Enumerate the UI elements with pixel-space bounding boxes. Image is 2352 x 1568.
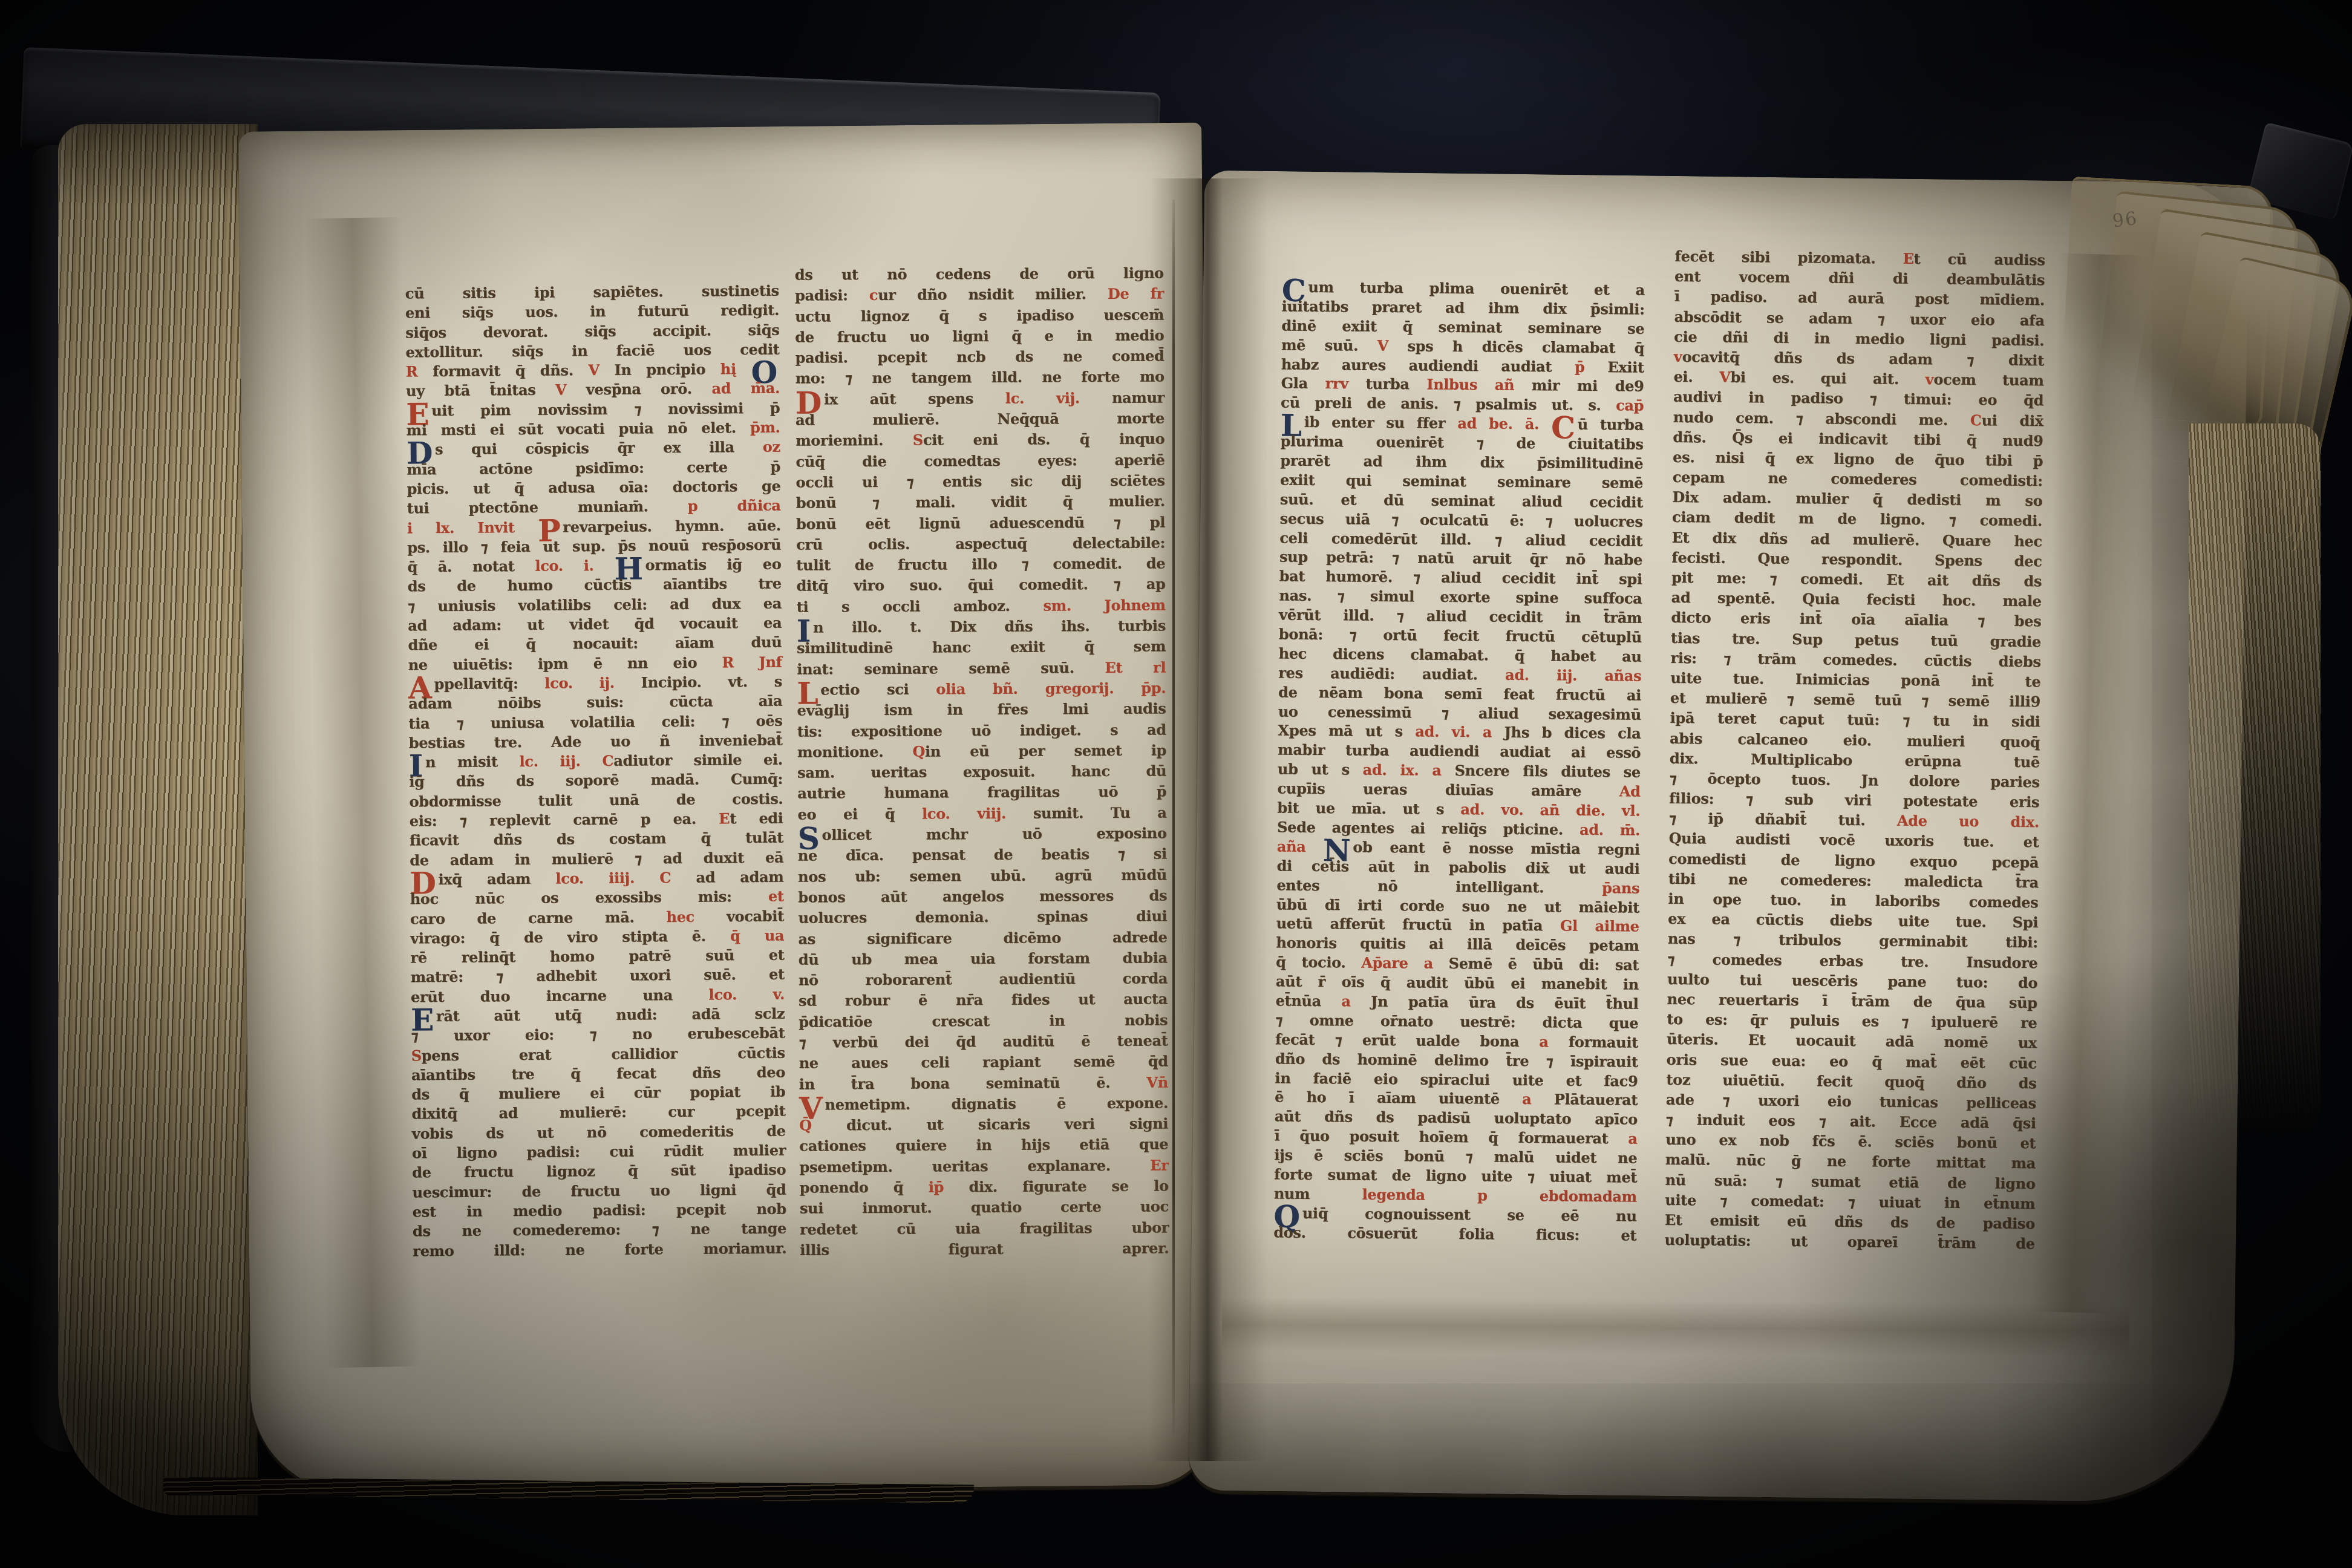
- text-segment: fecēt sibi pizomata.: [1674, 247, 1903, 267]
- text-segment: V: [1377, 336, 1407, 354]
- manuscript-text-line: cationes quiere in hijs etiā que: [799, 1135, 1168, 1158]
- manuscript-text-line: ds ne comederemo: ⁊ ne tange: [413, 1220, 786, 1242]
- text-segment: aña: [1277, 837, 1324, 855]
- text-segment: Ade uo dix.: [1897, 812, 2039, 831]
- text-segment: ne aues celi rapiant semē q̄d: [799, 1053, 1168, 1072]
- manuscript-text-line: ds de humo cūctis aīantibs tre: [407, 575, 781, 597]
- text-segment: lco. iiij. C: [555, 869, 671, 887]
- text-segment: habz aures audiendi audiat: [1281, 355, 1575, 375]
- manuscript-text-line: crū oclis. aspectuq̄ delectabile:: [796, 534, 1165, 556]
- manuscript-text-line: monitione. Qin eū per semet ip: [797, 741, 1166, 763]
- text-segment: vobis ds ut nō comederitis de: [412, 1122, 786, 1142]
- text-segment: ad adam: ut videt q̄d vocauit ea: [408, 614, 782, 635]
- manuscript-text-line: i lx. Invit Prevarpeius. hymn. aūe.: [407, 516, 781, 538]
- text-segment: ade ⁊ uxori eio tunicas pelliceas: [1666, 1091, 2036, 1112]
- text-segment: cit eni ds. q̄ inquo: [923, 430, 1165, 449]
- text-segment: dū ub mea uia forstam dubia: [799, 949, 1168, 968]
- text-segment: occli ui ⁊ entis sic dij sciētes: [795, 471, 1165, 491]
- manuscript-text-line: nō roborarent̄ audientiū corda: [799, 969, 1168, 991]
- manuscript-text-line: uo cenessimū ⁊ aliud sexagesimū: [1278, 702, 1641, 725]
- text-segment: et: [768, 887, 784, 905]
- manuscript-text-line: ūbū dī irti corde suo ne ut māiebit: [1276, 895, 1639, 918]
- text-segment: ad. vi. a: [1415, 723, 1504, 741]
- manuscript-text-line: Sollicet mchr uō exposino: [798, 824, 1167, 846]
- text-segment: abis calcaneo eio. mulieri quoq̄: [1670, 729, 2040, 750]
- text-segment: um turba plima ouenirēt et a: [1308, 278, 1645, 299]
- text-segment: virago: q̄ de viro stipta ē.: [410, 927, 730, 947]
- text-segment: est in medio padisi: pcepit nob: [413, 1200, 786, 1221]
- manuscript-text-line: adam nōibs suis: cūcta aīa: [408, 692, 782, 714]
- text-segment: E: [1903, 250, 1913, 267]
- text-segment: ficavit dñs ds costam q̄ tulāt: [410, 829, 783, 849]
- text-segment: hec: [666, 907, 694, 925]
- text-segment: p̄ans: [1602, 879, 1639, 897]
- text-segment: aūt dñs ds padisū uoluptato apīco: [1275, 1108, 1638, 1128]
- manuscript-text-line: hoc nūc os exossibs mis: et: [410, 887, 784, 910]
- text-segment: ds ut nō cedens de orū ligno: [795, 264, 1164, 283]
- text-segment: oz: [763, 438, 780, 456]
- text-segment: obdormisse tulit unā de costis.: [409, 789, 783, 810]
- manuscript-text-line: tis: expositione uō indiget. s ad: [797, 720, 1166, 743]
- text-segment: ijs ē sciēs bonū ⁊ malū uidet ne: [1274, 1146, 1637, 1166]
- text-segment: dicto eris int̄ oīa aīalia ⁊ bes: [1671, 609, 2041, 630]
- text-segment: tis: expositione uō indiget. s ad: [797, 720, 1166, 740]
- text-segment: sui inmorut. quatio certe uoc: [800, 1198, 1169, 1217]
- manuscript-text-line: cū sitis ipi sapiētes. sustinetis: [405, 282, 779, 304]
- manuscript-text-line: ne uiuētis: ipm ē nn eio R Jnf: [408, 653, 782, 675]
- manuscript-text-line: similitudinē hanc exiit q̄ sem: [797, 638, 1166, 660]
- manuscript-text-line: rē relinq̄t homo patrē suū et: [410, 946, 784, 969]
- manuscript-text-line: aūt dñs ds padisū uoluptato apīco: [1275, 1108, 1638, 1130]
- text-segment: q̄ ua: [730, 926, 784, 944]
- manuscript-text-line: autrie humana fragilitas uō p̄: [797, 783, 1166, 805]
- manuscript-text-line: honoris quitis ai illā deīcēs petam: [1276, 934, 1639, 956]
- text-segment: nec reuertaris ī t̄rām de q̄ua sūp: [1667, 990, 2037, 1011]
- text-segment: padisi:: [795, 286, 869, 304]
- manuscript-text-line: iḡ dñs ds soporē madā. Cumq̄:: [409, 770, 783, 792]
- manuscript-text-line: in faciē eio spiraclui uite et fac9: [1275, 1069, 1638, 1091]
- text-segment: plurima ouenirēt ⁊ de ciuitatibs: [1280, 433, 1643, 453]
- text-segment: similitudinē hanc exiit q̄ sem: [797, 638, 1166, 657]
- text-segment: oī ligno padisi: cui rūdit mulier: [412, 1142, 786, 1162]
- text-segment: toz uiuētiū. fecit quoq̄ dño ds: [1666, 1070, 2036, 1091]
- manuscript-text-line: q̄ ā. notat lco. i. Hormatis iḡ eo: [407, 555, 781, 578]
- text-segment: ciam dedit m de ligno. ⁊ comedi.: [1672, 508, 2042, 529]
- text-segment: mir mi de9: [1532, 376, 1644, 395]
- text-segment: lco. i.: [535, 557, 614, 575]
- text-segment: bonos aūt angelos messores ds: [798, 886, 1167, 906]
- manuscript-text-line: Erāt aūt utq̄ nudi: adā sclz: [411, 1005, 785, 1027]
- manuscript-text-line: redetet cū uia fragilitas ubor: [800, 1218, 1169, 1241]
- text-segment: E: [719, 809, 730, 827]
- text-segment: ūbū dī irti corde suo ne ut māiebit: [1276, 895, 1639, 916]
- manuscript-text-line: uescimur: de fructu uo ligni q̄d: [412, 1180, 786, 1203]
- text-segment: padisi. pcepit ncb ds ne comed̄: [795, 347, 1164, 367]
- text-segment: vocabit̄: [694, 907, 784, 925]
- text-segment: ⁊ verbū dei q̄d auditū ē teneat̄: [799, 1031, 1168, 1051]
- text-segment: ocem tuam: [1933, 370, 2043, 389]
- text-segment: as significare dicēmo adrede: [798, 928, 1167, 947]
- manuscript-text-line: Q̄ dicut. ut sicaris veri signi: [799, 1115, 1168, 1137]
- text-segment: ⁊ ip̄ dñabit̄ tui.: [1669, 809, 1897, 829]
- text-segment: n misit: [425, 753, 520, 771]
- manuscript-text-line: eis: ⁊ replevit carnē p ea. Et edi: [410, 809, 783, 832]
- text-segment: nū suā: ⁊ sumat etiā de ligno: [1665, 1171, 2035, 1192]
- text-segment: tibi ne comederes: maledicta t̄ra: [1668, 870, 2039, 891]
- manuscript-text-line: Cum turba plima ouenirēt et a: [1282, 278, 1645, 300]
- parchment-crease: [1222, 1298, 2130, 1358]
- manuscript-text-line: eo ei q̄ lco. viij. sumit. Tu a: [797, 803, 1166, 826]
- text-segment: rrv: [1325, 374, 1365, 393]
- text-segment: secus uiā ⁊ oculcatū ē: ⁊ uolucres: [1279, 509, 1642, 530]
- gutter-crease-line: [1172, 200, 1175, 1434]
- manuscript-text-line: uolucres demonia. spinas diui: [798, 907, 1167, 930]
- text-segment: abscōdit se adam ⁊ uxor eio afa: [1674, 307, 2044, 328]
- text-segment: namur: [1112, 388, 1165, 406]
- text-segment: ti s occli amboz.: [797, 596, 1044, 615]
- text-segment: t cū audiss: [1913, 250, 2045, 269]
- folio-number: 96: [2111, 208, 2139, 232]
- text-segment: formauit: [1569, 1033, 1638, 1051]
- text-segment: v: [1674, 348, 1682, 365]
- text-segment: ⁊ induit eos ⁊ ait. Ecce adā q̄si: [1665, 1111, 2036, 1132]
- manuscript-text-line: sam. ueritas exposuit. hanc dū: [797, 762, 1166, 785]
- text-segment: Et emisit eū dñs ds de padiso: [1665, 1211, 2035, 1232]
- text-segment: cepam ne comederes comedisti:: [1673, 468, 2043, 489]
- manuscript-text-line: padisi: cur dño nsidit milier. De fr: [795, 285, 1164, 307]
- text-segment: ppellavitq̄:: [434, 675, 544, 693]
- text-segment: S: [411, 1047, 422, 1064]
- text-segment: n illo. t. Dix dñs ihs. turbis: [813, 616, 1166, 636]
- text-segment: q̄ tocio.: [1276, 953, 1361, 972]
- text-segment: et̄nūa: [1275, 991, 1341, 1010]
- manuscript-text-line: aīantibs tre q̄ fecat dñs deo: [411, 1063, 785, 1085]
- manuscript-text-line: In illo. t. Dix dñs ihs. turbis: [797, 616, 1166, 639]
- text-segment: Semē ē ūbū di: sat: [1449, 955, 1639, 974]
- manuscript-text-line: ⁊ uniusis volatilibs celi: ad dux ea: [408, 594, 782, 616]
- text-segment: ollicet mchr uō exposino: [822, 824, 1166, 843]
- manuscript-text-line: tui ptectōne muniam̄. p dñica: [407, 497, 780, 519]
- text-segment: es. nisi q̄ ex ligno de q̄uo tibi p̄: [1673, 448, 2043, 469]
- text-segment: uno ex nob fc̄s ē. sciēs bonū et: [1665, 1131, 2036, 1152]
- text-segment: ectio sci: [820, 680, 936, 698]
- text-segment: vērūt illd. ⁊ aliud cecidit in t̄rām: [1279, 606, 1642, 627]
- text-segment: ob eant ē nosse mīstia regni: [1353, 838, 1640, 858]
- text-segment: dix. Multiplicabo erūpna tuē: [1670, 749, 2040, 770]
- manuscript-text-line: occli ui ⁊ entis sic dij sciētes: [795, 471, 1165, 494]
- text-segment: ponendo q̄: [800, 1178, 929, 1197]
- text-segment: ditq̄ viro suo. q̄ui comedit. ⁊ ap: [796, 575, 1165, 595]
- manuscript-text-line: uoluptatis: ut opareī t̄rām de: [1664, 1231, 2034, 1255]
- text-segment: a: [1539, 1033, 1569, 1050]
- text-segment: Xpes mā ut s: [1278, 722, 1415, 740]
- text-segment: uo cenessimū ⁊ aliud sexagesimū: [1278, 702, 1641, 723]
- text-segment: i lx. Invit: [407, 518, 538, 537]
- text-segment: ds q̄ muliere ei cūr popiat ib: [411, 1083, 785, 1103]
- text-segment: suū. et dū seminat aliud cecidit: [1280, 490, 1643, 511]
- manuscript-text-line: ditq̄ viro suo. q̄ui comedit. ⁊ ap: [796, 575, 1165, 598]
- text-segment: res audiēdi: audiat.: [1278, 664, 1505, 683]
- manuscript-text-line: mo: ⁊ ne tangem illd. ne forte mo: [795, 368, 1165, 390]
- text-segment: v: [1925, 370, 1933, 388]
- manuscript-text-line: siq̄os devorat. siq̄s accipit. siq̄s: [405, 321, 779, 343]
- text-segment: celi comedērūt illd. ⁊ aliud cecidit: [1279, 529, 1642, 549]
- text-segment: mabir turba audiendi audiat ai essō: [1278, 741, 1641, 762]
- text-segment: nemetipm. dignatis ē expone.: [825, 1094, 1168, 1113]
- text-segment: bestias tre. Ade uo ñ inveniebat̄: [409, 731, 783, 751]
- text-segment: eni siq̄s uos. in futurū redigit.: [405, 301, 779, 322]
- manuscript-text-line: cūq̄ die comedtas eyes: aperiē: [795, 451, 1165, 473]
- text-segment: in eū per semet ip: [925, 741, 1166, 760]
- manuscript-text-line: q̄ tocio. Ap̄are a Semē ē ūbū di: sat: [1276, 953, 1639, 976]
- gutter-shadow: [1149, 178, 1268, 1461]
- text-segment: R Jnf: [722, 653, 782, 671]
- text-segment: p̄dicatiōe crescat in nobis: [799, 1011, 1168, 1030]
- text-segment: q̄ ā. notat: [407, 557, 535, 576]
- text-segment: eis: ⁊ replevit carnē p ea.: [410, 809, 719, 829]
- text-segment: moriemini.: [795, 431, 913, 449]
- text-segment: ds de humo cūctis aīantibs tre: [407, 575, 781, 595]
- text-segment: bat humorē. ⁊ aliud cecidit int̄ spi: [1279, 567, 1642, 588]
- manuscript-text-line: aña Nob eant ē nosse mīstia regni: [1277, 837, 1640, 860]
- text-segment: c: [869, 286, 878, 304]
- text-segment: Ap̄are a: [1361, 954, 1449, 972]
- manuscript-text-line: moriemini. Scit eni ds. q̄ inquo: [795, 430, 1165, 452]
- text-segment: siq̄os devorat. siq̄s accipit. siq̄s: [405, 321, 779, 341]
- text-segment: filios: ⁊ sub viri potestate eris: [1669, 789, 2039, 811]
- text-segment: lco. ij.: [544, 673, 641, 691]
- text-segment: exiit qui seminat seminare semē: [1280, 471, 1643, 491]
- text-segment: turba: [1365, 375, 1426, 393]
- manuscript-text-line: dinē exiit q̄ seminat seminare se: [1281, 316, 1644, 339]
- manuscript-text-line: ijs ē sciēs bonū ⁊ malū uidet ne: [1274, 1146, 1637, 1168]
- text-segment: dinē exiit q̄ seminat seminare se: [1281, 316, 1644, 337]
- text-segment: forte sumat de ligno uite ⁊ uiuat met̄: [1274, 1165, 1637, 1186]
- text-segment: nos ub: semen ubū. agrū mūdū: [798, 866, 1167, 885]
- text-segment: oris sue eua: eo q̄ mat̄ eēt cūc: [1667, 1050, 2037, 1071]
- manuscript-text-line: entes nō intelligant. p̄ans: [1276, 876, 1639, 898]
- photograph-of-open-manuscript: 96 cū sitis ipi sapiētes. sustinetiseni …: [0, 0, 2352, 1568]
- text-segment: pens erat callidior cūctis: [422, 1044, 785, 1064]
- manuscript-text-line: bonū eēt lignū aduescendū ⁊ pl: [796, 513, 1165, 535]
- text-column-left-b: ds ut nō cedens de orū lignopadisi: cur …: [795, 264, 1169, 1261]
- manuscript-text-line: dū ub mea uia forstam dubia: [799, 949, 1168, 971]
- text-segment: rē relinq̄t homo patrē suū et: [410, 946, 784, 967]
- text-segment: Q: [912, 742, 925, 760]
- text-segment: picis. ut q̄ adusa oīa: doctoris ge: [407, 477, 780, 498]
- text-segment: De fr: [1108, 285, 1164, 302]
- text-segment: a: [1522, 1090, 1554, 1108]
- text-segment: sps h dicēs clamabat q̄: [1407, 337, 1644, 356]
- manuscript-text-line: oī ligno padisi: cui rūdit mulier: [412, 1142, 786, 1164]
- text-segment: bonū ⁊ mali. vidit q̄ mulier.: [796, 492, 1165, 512]
- text-segment: p̄m.: [750, 419, 780, 436]
- manuscript-text-line: bestias tre. Ade uo ñ inveniebat̄: [409, 731, 783, 753]
- text-segment: bonū eēt lignū aduescendū ⁊ pl: [796, 513, 1165, 532]
- manuscript-text-line: de fructu uo ligni q̄ e in medio: [795, 326, 1164, 348]
- text-segment: a: [1628, 1130, 1638, 1148]
- text-segment: ub ut s: [1278, 760, 1363, 779]
- manuscript-text-line: vērūt illd. ⁊ aliud cecidit in t̄rām: [1279, 606, 1642, 629]
- manuscript-text-line: ⁊ uxor eio: ⁊ no erubescebāt: [411, 1024, 785, 1047]
- text-segment: ui dix̄: [1981, 411, 2043, 430]
- text-segment: illis figurat aprer.: [800, 1239, 1169, 1258]
- text-segment: ent vocem dñi di deambulātis: [1674, 267, 2045, 289]
- text-segment: ⁊ uxor eio: ⁊ no erubescebāt: [411, 1024, 785, 1045]
- text-segment: hoc nūc os exossibs mis:: [410, 887, 768, 908]
- text-segment: ib enter su ffer: [1304, 413, 1458, 432]
- manuscript-text-line: tia ⁊ uniusa volatilia celi: ⁊ oēs: [408, 711, 782, 734]
- stacked-page-fore-edge-right: [2189, 423, 2321, 1174]
- text-segment: Jhs b dices cla: [1504, 724, 1641, 742]
- text-segment: ū turba: [1578, 416, 1644, 434]
- text-segment: uolucres demonia. spinas diui: [798, 907, 1167, 927]
- manuscript-text-line: bat humorē. ⁊ aliud cecidit int̄ spi: [1279, 567, 1642, 590]
- manuscript-text-line: de adam in mulierē ⁊ ad duxit eā: [410, 848, 783, 871]
- text-segment: V: [1719, 368, 1731, 386]
- manuscript-text-line: inat: seminare semē suū. Et rl: [797, 658, 1166, 681]
- manuscript-text-line: ⁊ verbū dei q̄d auditū ē teneat̄: [799, 1031, 1168, 1054]
- manuscript-text-line: de nēam bona semī feat fructū ai: [1278, 683, 1641, 705]
- manuscript-text-line: ī q̄uo posuit hoīem q̄ formauerat a: [1274, 1127, 1637, 1149]
- text-segment: ne dīca. pensat de beatis ⁊ si: [798, 845, 1167, 864]
- manuscript-text-line: dño ds hominē delimo t̄re ⁊ īspirauit: [1275, 1050, 1638, 1072]
- text-segment: Dix adam. mulier q̄ dedisti m so: [1672, 488, 2042, 509]
- text-segment: to es: q̄r puluis es ⁊ ipuluerē re: [1667, 1010, 2037, 1031]
- text-segment: Quia audisti vocē uxoris tue. et: [1668, 829, 2039, 851]
- manuscript-text-line: di cet̄is aūt in pabolis dix̄ ut audi: [1276, 857, 1639, 879]
- text-segment: ipā teret caput tuū: ⁊ tu in sidi: [1670, 709, 2040, 730]
- text-segment: ei.: [1673, 368, 1719, 386]
- text-segment: bonā: ⁊ ortū fecit fructū cētuplū: [1279, 625, 1642, 645]
- manuscript-text-line: psemetipm. ueritas explanare. Er: [799, 1156, 1168, 1178]
- manuscript-text-line: tulit de fructu illo ⁊ comedit. de: [796, 555, 1165, 577]
- text-segment: lco. v.: [708, 985, 785, 1003]
- text-segment: rāt aūt utq̄ nudi: adā sclz: [436, 1005, 785, 1025]
- manuscript-text-line: Spens erat callidior cūctis: [411, 1044, 785, 1066]
- text-segment: cationes quiere in hijs etiā que: [799, 1135, 1168, 1155]
- text-segment: dix. figurate se lo: [969, 1177, 1168, 1195]
- manuscript-text-line: aūt r̄ oīs q̄ audit ūbū ei manebit in: [1276, 972, 1639, 995]
- text-segment: in faciē eio spiraclui uite et fac9: [1275, 1069, 1638, 1089]
- text-segment: mo: ⁊ ne tangem illd. ne forte mo: [795, 368, 1165, 387]
- manuscript-text-line: picis. ut q̄ adusa oīa: doctoris ge: [407, 477, 780, 500]
- text-segment: ad. vo. an̄ die. vl.: [1460, 800, 1640, 820]
- text-segment: p̄: [1575, 358, 1608, 375]
- text-segment: entes nō intelligant.: [1276, 876, 1602, 897]
- manuscript-text-line: evāglij ism in fr̄es lmi audis: [797, 700, 1166, 722]
- text-segment: ad adam: [671, 867, 784, 886]
- text-segment: ad spentē. Quia fecisti hoc. male: [1671, 589, 2041, 610]
- manuscript-text-line: remo illd: ne forte moriamur.: [413, 1239, 786, 1261]
- text-segment: In pncipio: [614, 361, 720, 379]
- manuscript-text-line: sd robur ē nr̄a fides ut aucta: [799, 990, 1168, 1013]
- manuscript-text-line: cupīis ueras diuīas amāre Ad: [1277, 780, 1640, 802]
- text-segment: ip̄: [929, 1178, 969, 1195]
- text-segment: de adam in mulierē ⁊ ad duxit eā: [410, 848, 783, 869]
- manuscript-text-line: ē ho ī aīam uiuentē a Plātauerat: [1275, 1088, 1638, 1111]
- manuscript-text-line: ne dīca. pensat de beatis ⁊ si: [798, 845, 1167, 867]
- text-segment: ex ea cūctis diebs uite tue. Spi: [1668, 910, 2038, 931]
- text-segment: ī padiso. ad aurā post mīdiem.: [1674, 287, 2045, 309]
- text-segment: ad be. ā.: [1457, 414, 1551, 433]
- text-segment: Et rl: [1105, 658, 1166, 676]
- text-segment: redetet cū uia fragilitas ubor: [800, 1218, 1169, 1238]
- manuscript-text-line: virago: q̄ de viro stipta ē. q̄ ua: [410, 926, 784, 949]
- manuscript-text-line: bonā: ⁊ ortū fecit fructū cētuplū: [1279, 625, 1642, 647]
- manuscript-text-line: Euit pim novissim ⁊ novissimi p̄: [406, 399, 780, 421]
- manuscript-text-line: bit ue mīa. ut s ad. vo. an̄ die. vl.: [1277, 799, 1640, 821]
- text-segment: cap̄: [1616, 397, 1644, 414]
- text-segment: Exiit: [1607, 358, 1644, 376]
- text-segment: Ad: [1619, 782, 1641, 800]
- text-segment: ds ne comederemo: ⁊ ne tange: [413, 1220, 786, 1240]
- manuscript-text-line: mē suū. V sps h dicēs clamabat q̄: [1281, 336, 1644, 358]
- text-segment: C: [1970, 411, 1982, 428]
- text-segment: ixq̄ adam: [438, 869, 555, 888]
- text-segment: mē suū.: [1281, 336, 1377, 354]
- manuscript-text-line: fecāt ⁊ erūt ualde bona a formauit: [1275, 1030, 1638, 1053]
- text-segment: dicut. ut sicaris veri signi: [846, 1115, 1168, 1134]
- manuscript-text-line: plurima ouenirēt ⁊ de ciuitatibs: [1280, 433, 1643, 455]
- text-segment: dos. cōsuerūt folia ficus: et: [1273, 1223, 1636, 1244]
- text-segment: comedisti de ligno exquo pcepā: [1668, 849, 2039, 871]
- text-segment: Gl ailme: [1560, 917, 1639, 935]
- stacked-page-fore-edge-left: [58, 124, 258, 1515]
- manuscript-text-line: mīa actōne psidīmo: certe p̄: [407, 457, 780, 480]
- text-segment: ī q̄uo posuit hoīem q̄ formauerat: [1274, 1127, 1628, 1148]
- text-segment: t edi: [730, 809, 783, 828]
- text-segment: Gla: [1281, 374, 1325, 393]
- text-segment: sup petrā: ⁊ natū aruit q̄r nō habe: [1279, 548, 1642, 569]
- text-segment: uiq̄ cognouissent se eē nu: [1302, 1204, 1637, 1225]
- text-segment: uulto tui uescēris pane tuo: do: [1667, 970, 2037, 991]
- manuscript-text-line: Ds qui cōspicis q̄r ex illa oz: [407, 438, 780, 460]
- text-segment: nas. ⁊ simul exorte spine suffoca: [1279, 587, 1642, 607]
- manuscript-text-line: in t̄ra bona seminatū ē. Vn̄: [799, 1073, 1168, 1096]
- text-segment: Incipio. vt. s: [641, 673, 782, 691]
- text-segment: a: [1341, 992, 1371, 1010]
- text-segment: evāglij ism in fr̄es lmi audis: [797, 700, 1166, 719]
- text-segment: sd robur ē nr̄a fides ut aucta: [799, 990, 1168, 1010]
- text-segment: iuitatibs praret ad ihm dix p̄simli:: [1281, 297, 1644, 318]
- text-segment: tias tre. Sup petus tuū gradie: [1671, 629, 2041, 650]
- manuscript-text-line: Lectio sci olia bñ. gregorij. p̄p.: [797, 679, 1166, 701]
- text-segment: nō roborarent̄ audientiū corda: [799, 969, 1168, 988]
- text-segment: hec dicens clamabat. q̄ habet au: [1278, 644, 1641, 665]
- text-segment: uoluptatis: ut opareī t̄rām de: [1664, 1231, 2034, 1252]
- manuscript-text-line: p̄dicatiōe crescat in nobis: [799, 1011, 1168, 1033]
- text-segment: crū oclis. aspectuq̄ delectabile:: [796, 534, 1165, 553]
- manuscript-text-line: bonos aūt angelos messores ds: [798, 886, 1167, 909]
- text-segment: uite ⁊ comedat: ⁊ uiuat in et̄num: [1665, 1191, 2035, 1212]
- manuscript-text-line: as significare dicēmo adrede: [798, 928, 1167, 950]
- manuscript-text-line: ficavit dñs ds costam q̄ tulāt: [410, 829, 783, 851]
- manuscript-text-line: nos ub: semen ubū. agrū mūdū: [798, 866, 1167, 888]
- text-segment: ⁊ uniusis volatilibs celi: ad dux ea: [408, 594, 782, 615]
- text-segment: sm. Johnem: [1043, 596, 1165, 614]
- text-segment: Inlbus añ: [1426, 376, 1532, 394]
- manuscript-text-line: ds ut nō cedens de orū ligno: [795, 264, 1164, 286]
- manuscript-text-line: suū. et dū seminat aliud cecidit: [1280, 490, 1643, 512]
- text-segment: adiutor simile ei.: [613, 751, 783, 769]
- manuscript-text-line: et̄nūa a Jn patīa ūra ds ēuīt t̄hul: [1275, 991, 1638, 1014]
- manuscript-text-line: In misit lc. iij. Cadiutor simile ei.: [409, 751, 783, 773]
- text-segment: mi msti ei sūt vocati puia nō elet.: [406, 419, 750, 439]
- text-segment: Plātauerat: [1554, 1091, 1638, 1109]
- text-segment: uescimur: de fructu uo ligni q̄d: [412, 1180, 786, 1201]
- text-segment: ormatis iḡ eo: [645, 555, 781, 574]
